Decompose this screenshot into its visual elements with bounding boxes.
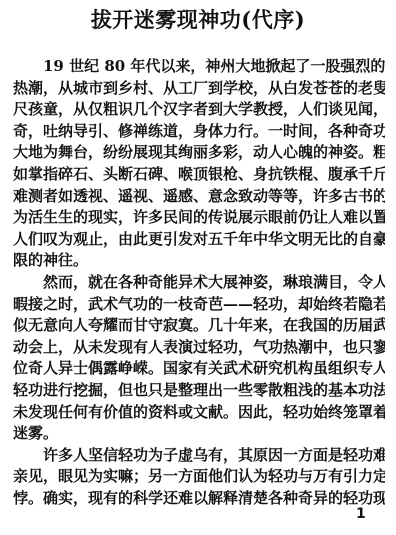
text-line: 热潮，从城市到乡村、从工厂到学校，从白发苍苍的老叟到三 <box>13 78 385 100</box>
text-line: 如掌指碎石、头断石碑、喉顶银枪、身抗铁棍、腹承千斤等等； <box>13 164 385 186</box>
text-line: 未发现任何有价值的资料或文献。因此，轻功始终笼罩着层层 <box>13 402 385 424</box>
text-line: 难测者如透视、遥视、遥感、意念致动等等，许多古书的记载化 <box>13 186 385 208</box>
document-body: 19 世纪 80 年代以来，神州大地掀起了一股强烈的气功 热潮，从城市到乡村、从… <box>13 56 385 509</box>
document-page: 拔开迷雾现神功(代序) 19 世纪 80 年代以来，神州大地掀起了一股强烈的气功… <box>0 0 396 535</box>
text-line: 迷雾。 <box>13 423 385 445</box>
text-line: 动会上，从未发现有人表演过轻功，气功热潮中，也只寥寥几 <box>13 337 385 359</box>
paragraph-3: 许多人坚信轻功为子虚乌有，其原因一方面是轻功难以 亲见，眼见为实嘛；另一方面他们… <box>13 445 385 510</box>
text-line: 尺孩童，从仅粗识几个汉字者到大学教授，人们谈见闻，叹神 <box>13 99 385 121</box>
paragraph-1: 19 世纪 80 年代以来，神州大地掀起了一股强烈的气功 热潮，从城市到乡村、从… <box>13 56 385 272</box>
text-line: 19 世纪 80 年代以来，神州大地掀起了一股强烈的气功 <box>13 56 385 78</box>
text-line: 人们叹为观止，由此更引发对五千年中华文明无比的自豪、无 <box>13 229 385 251</box>
text-line: 大地为舞台，纷纷展现其绚丽多彩，动人心魄的神姿。粗浅者 <box>13 142 385 164</box>
text-line: 限的神往。 <box>13 250 385 272</box>
text-line: 亲见，眼见为实嘛；另一方面他们认为轻功与万有引力定律相 <box>13 466 385 488</box>
text-line: 许多人坚信轻功为子虚乌有，其原因一方面是轻功难以 <box>13 445 385 467</box>
text-line: 然而，就在各种奇能异术大展神姿，琳琅满目，令人目不 <box>13 272 385 294</box>
text-line: 位奇人异士偶露峥嵘。国家有关武术研究机构虽组织专人对 <box>13 358 385 380</box>
paragraph-2: 然而，就在各种奇能异术大展神姿，琳琅满目，令人目不 暇接之时，武术气功的一枝奇芭… <box>13 272 385 445</box>
page-title: 拔开迷雾现神功(代序) <box>0 7 396 33</box>
page-number: 1 <box>356 506 366 522</box>
text-line: 暇接之时，武术气功的一枝奇芭——轻功，却始终若隐若现， <box>13 294 385 316</box>
text-line: 似无意向人夸耀而甘守寂寞。几十年来，在我国的历届武术运 <box>13 315 385 337</box>
text-line: 为活生生的现实，许多民间的传说展示眼前仍让人难以置信。 <box>13 207 385 229</box>
text-line: 奇，吐纳导引、修禅练道，身体力行。一时间，各种奇功异能以 <box>13 121 385 143</box>
text-line: 悖。确实，现有的科学还难以解释清楚各种奇异的轻功现象， <box>13 488 385 510</box>
text-line: 轻功进行挖掘，但也只是整理出一些零散粗浅的基本功法，从 <box>13 380 385 402</box>
